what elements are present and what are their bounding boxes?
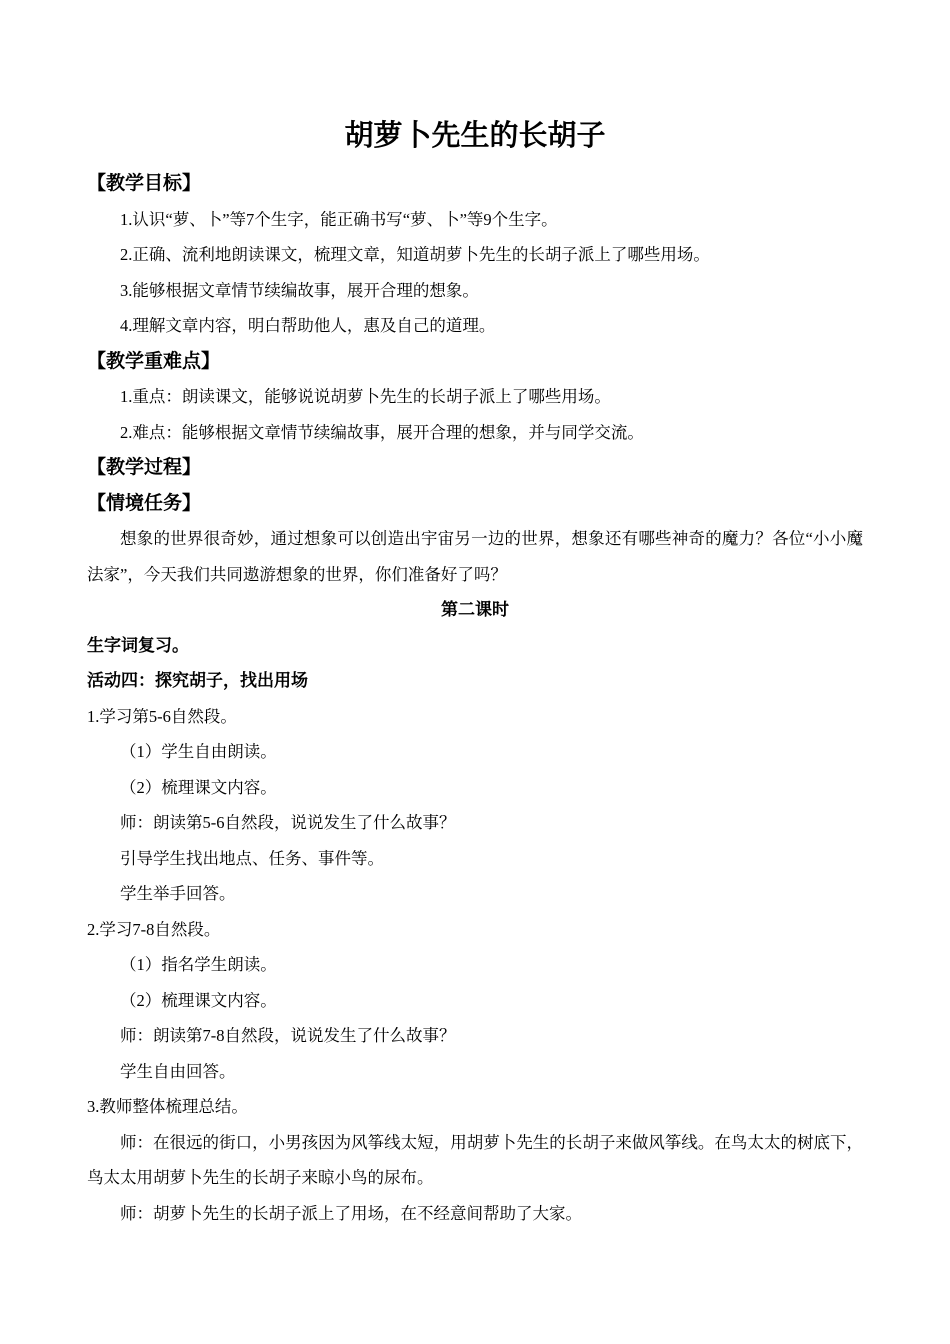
paragraph-guide-students: 引导学生找出地点、任务、事件等。 (87, 841, 863, 877)
paragraph-teacher-summary-story: 师：在很远的街口，小男孩因为风筝线太短，用胡萝卜先生的长胡子来做风筝线。在鸟太太… (87, 1125, 863, 1196)
paragraph-students-raise-hands: 学生举手回答。 (87, 876, 863, 912)
paragraph-teacher-summary-final: 师：胡萝卜先生的长胡子派上了用场，在不经意间帮助了大家。 (87, 1196, 863, 1232)
paragraph-goal-2: 2.正确、流利地朗读课文，梳理文章，知道胡萝卜先生的长胡子派上了哪些用场。 (87, 237, 863, 273)
section-heading-key-difficulties: 【教学重难点】 (87, 344, 863, 380)
paragraph-difficult-point: 2.难点：能够根据文章情节续编故事，展开合理的想象，并与同学交流。 (87, 415, 863, 451)
section-heading-teaching-process: 【教学过程】 (87, 450, 863, 486)
paragraph-step-2-sort-content-2: （2）梳理课文内容。 (87, 983, 863, 1019)
paragraph-step-1-named-reading: （1）指名学生朗读。 (87, 947, 863, 983)
paragraph-step-2-sort-content: （2）梳理课文内容。 (87, 770, 863, 806)
paragraph-teacher-summary-head: 3.教师整体梳理总结。 (87, 1089, 863, 1125)
section-heading-teaching-goals: 【教学目标】 (87, 166, 863, 202)
paragraph-goal-3: 3.能够根据文章情节续编故事，展开合理的想象。 (87, 273, 863, 309)
paragraph-teacher-question-5-6: 师：朗读第5-6自然段，说说发生了什么故事？ (87, 805, 863, 841)
paragraph-situation-intro: 想象的世界很奇妙，通过想象可以创造出宇宙另一边的世界，想象还有哪些神奇的魔力？各… (87, 521, 863, 592)
paragraph-students-free-answer: 学生自由回答。 (87, 1054, 863, 1090)
subtitle-second-lesson: 第二课时 (87, 592, 863, 628)
document-page: 胡萝卜先生的长胡子 【教学目标】 1.认识“萝、卜”等7个生字，能正确书写“萝、… (0, 0, 950, 1344)
paragraph-goal-1: 1.认识“萝、卜”等7个生字，能正确书写“萝、卜”等9个生字。 (87, 202, 863, 238)
bold-line-activity-four: 活动四：探究胡子，找出用场 (87, 663, 863, 699)
paragraph-step-1-free-reading: （1）学生自由朗读。 (87, 734, 863, 770)
paragraph-study-5-6: 1.学习第5-6自然段。 (87, 699, 863, 735)
paragraph-teacher-question-7-8: 师：朗读第7-8自然段，说说发生了什么故事？ (87, 1018, 863, 1054)
bold-line-word-review: 生字词复习。 (87, 628, 863, 664)
paragraph-key-point: 1.重点：朗读课文，能够说说胡萝卜先生的长胡子派上了哪些用场。 (87, 379, 863, 415)
section-heading-situation-task: 【情境任务】 (87, 486, 863, 522)
doc-title: 胡萝卜先生的长胡子 (87, 112, 863, 160)
paragraph-goal-4: 4.理解文章内容，明白帮助他人，惠及自己的道理。 (87, 308, 863, 344)
paragraph-study-7-8: 2.学习7-8自然段。 (87, 912, 863, 948)
